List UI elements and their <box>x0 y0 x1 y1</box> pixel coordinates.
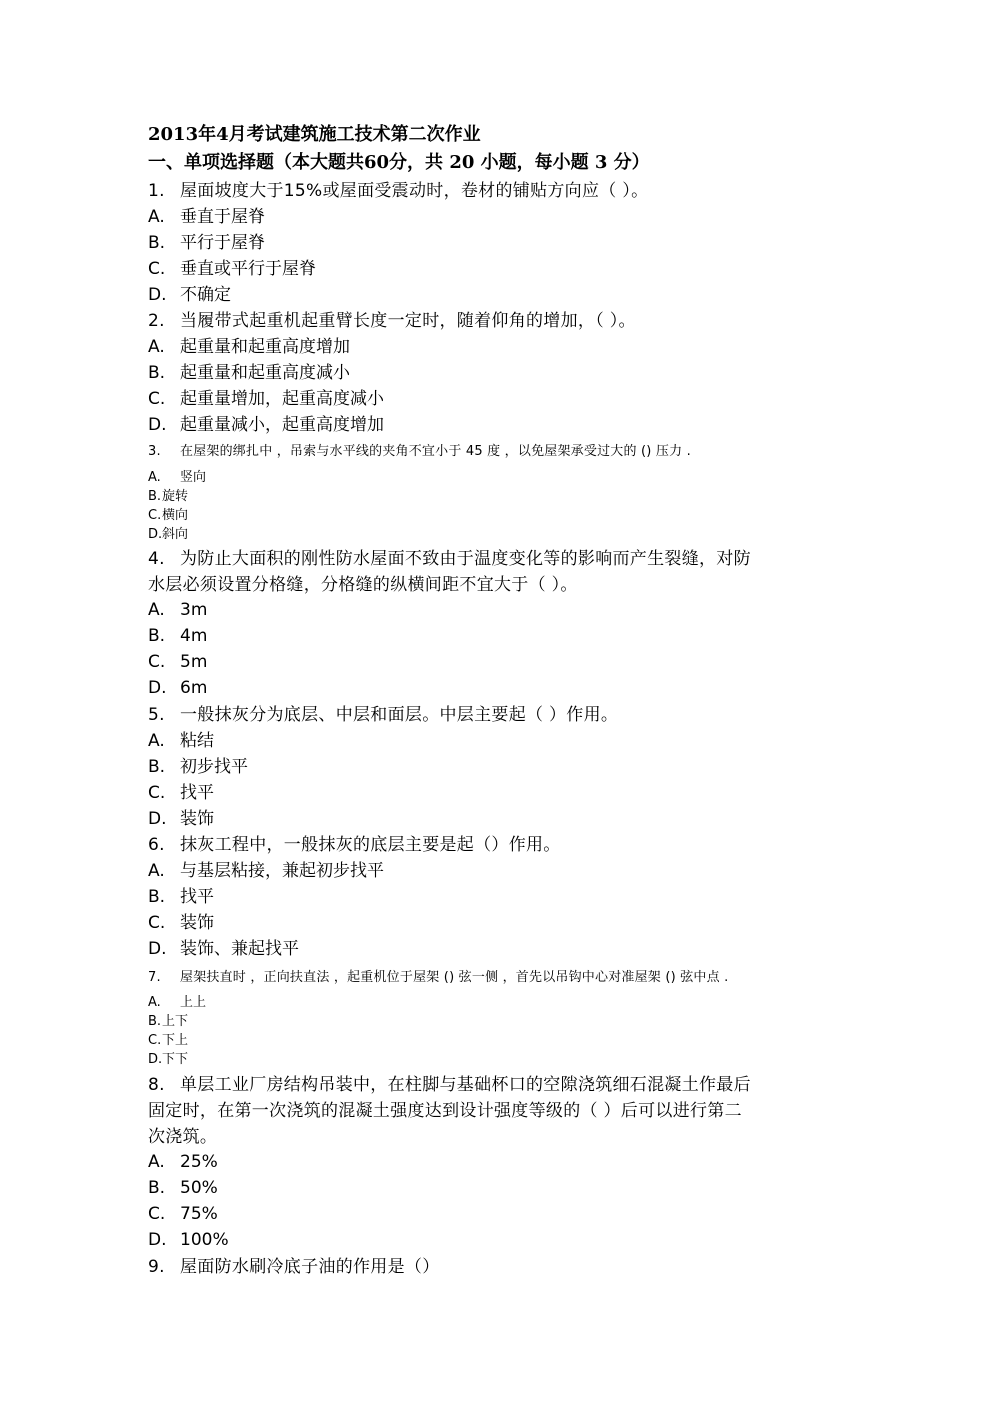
question-text: 当履带式起重机起重臂长度一定时，随着仰角的增加，（ ）。 <box>180 311 636 331</box>
option-6d: D.装饰、兼起找平 <box>148 934 299 959</box>
question-number: 8. <box>148 1075 180 1095</box>
question-9: 9.屋面防水刷冷底子油的作用是（） <box>148 1252 440 1277</box>
question-number: 7. <box>148 970 180 985</box>
option-1d: D.不确定 <box>148 280 231 305</box>
question-number: 3. <box>148 444 180 459</box>
option-2a: A.起重量和起重高度增加 <box>148 332 350 357</box>
section-heading: 一、单项选择题（本大题共60分，共 20 小题，每小题 3 分） <box>148 148 650 174</box>
option-1b: B.平行于屋脊 <box>148 228 265 253</box>
question-text: 屋面防水刷冷底子油的作用是（） <box>180 1257 440 1277</box>
question-4: 4.为防止大面积的刚性防水屋面不致由于温度变化等的影响而产生裂缝，对防 <box>148 544 751 569</box>
option-3c: C.横向 <box>148 504 188 523</box>
option-8d: D.100% <box>148 1230 229 1250</box>
option-5d: D.装饰 <box>148 804 214 829</box>
option-1c: C.垂直或平行于屋脊 <box>148 254 316 279</box>
option-8c: C.75% <box>148 1204 218 1224</box>
option-6a: A.与基层粘接，兼起初步找平 <box>148 856 384 881</box>
question-text: 一般抹灰分为底层、中层和面层。中层主要起（ ）作用。 <box>180 705 618 725</box>
question-number: 4. <box>148 549 180 569</box>
question-number: 5. <box>148 705 180 725</box>
question-number: 1. <box>148 181 180 201</box>
option-4a: A.3m <box>148 600 207 620</box>
option-2d: D.起重量减小，起重高度增加 <box>148 410 384 435</box>
question-text: 为防止大面积的刚性防水屋面不致由于温度变化等的影响而产生裂缝，对防 <box>180 549 751 569</box>
option-7d: D.下下 <box>148 1048 188 1067</box>
question-8-continued-1: 固定时，在第一次浇筑的混凝土强度达到设计强度等级的（ ）后可以进行第二 <box>148 1096 742 1121</box>
question-text: 屋架扶直时 ，正向扶直法 ，起重机位于屋架 () 弦一侧 ，首先以吊钩中心对准屋… <box>180 970 728 985</box>
question-7: 7.屋架扶直时 ，正向扶直法 ，起重机位于屋架 () 弦一侧 ，首先以吊钩中心对… <box>148 966 728 985</box>
option-2b: B.起重量和起重高度减小 <box>148 358 350 383</box>
option-1a: A.垂直于屋脊 <box>148 202 265 227</box>
question-number: 2. <box>148 311 180 331</box>
option-3d: D.斜向 <box>148 523 188 542</box>
option-8b: B.50% <box>148 1178 218 1198</box>
option-3a: A.竖向 <box>148 466 206 485</box>
question-text: 单层工业厂房结构吊装中，在柱脚与基础杯口的空隙浇筑细石混凝土作最后 <box>180 1075 751 1095</box>
option-7c: C.下上 <box>148 1029 188 1048</box>
question-8: 8.单层工业厂房结构吊装中，在柱脚与基础杯口的空隙浇筑细石混凝土作最后 <box>148 1070 751 1095</box>
option-5b: B.初步找平 <box>148 752 248 777</box>
option-4c: C.5m <box>148 652 207 672</box>
option-5c: C.找平 <box>148 778 214 803</box>
question-1: 1.屋面坡度大于15%或屋面受震动时，卷材的铺贴方向应（ ）。 <box>148 176 648 201</box>
question-3: 3.在屋架的绑扎中 ，吊索与水平线的夹角不宜小于 45 度 ，以免屋架承受过大的… <box>148 440 691 459</box>
option-7a: A.上上 <box>148 991 206 1010</box>
option-7b: B.上下 <box>148 1010 188 1029</box>
question-text: 在屋架的绑扎中 ，吊索与水平线的夹角不宜小于 45 度 ，以免屋架承受过大的 (… <box>180 444 691 459</box>
document-title: 2013年4月考试建筑施工技术第二次作业 <box>148 120 481 146</box>
option-6b: B.找平 <box>148 882 214 907</box>
question-text: 抹灰工程中，一般抹灰的底层主要是起（）作用。 <box>180 835 561 855</box>
option-5a: A.粘结 <box>148 726 214 751</box>
option-6c: C.装饰 <box>148 908 214 933</box>
option-2c: C.起重量增加，起重高度减小 <box>148 384 384 409</box>
question-8-continued-2: 次浇筑。 <box>148 1122 217 1147</box>
question-number: 6. <box>148 835 180 855</box>
question-2: 2.当履带式起重机起重臂长度一定时，随着仰角的增加，（ ）。 <box>148 306 636 331</box>
question-number: 9. <box>148 1257 180 1277</box>
question-4-continued: 水层必须设置分格缝，分格缝的纵横间距不宜大于（ ）。 <box>148 570 578 595</box>
option-8a: A.25% <box>148 1152 218 1172</box>
question-6: 6.抹灰工程中，一般抹灰的底层主要是起（）作用。 <box>148 830 561 855</box>
question-text: 屋面坡度大于15%或屋面受震动时，卷材的铺贴方向应（ ）。 <box>180 181 648 201</box>
option-4d: D.6m <box>148 678 207 698</box>
question-5: 5.一般抹灰分为底层、中层和面层。中层主要起（ ）作用。 <box>148 700 618 725</box>
option-3b: B.旋转 <box>148 485 188 504</box>
option-4b: B.4m <box>148 626 207 646</box>
